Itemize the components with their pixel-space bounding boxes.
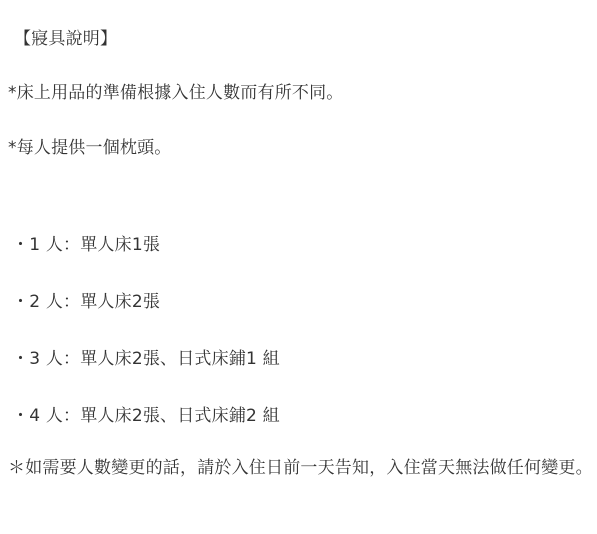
section-title: 【寢具說明】 [14, 24, 117, 49]
note-bedding-varies: *床上用品的準備根據入住人數而有所不同。 [8, 78, 344, 103]
list-item: ・1 人：單人床1張 [12, 230, 160, 255]
list-item: ・3 人：單人床2張、日式床鋪1 組 [12, 344, 280, 369]
change-policy-note: ＊如需要人數變更的話，請於入住日前一天告知，入住當天無法做任何變更。 [8, 454, 593, 482]
note-pillow-per-person: *每人提供一個枕頭。 [8, 133, 172, 158]
list-item: ・2 人：單人床2張 [12, 287, 160, 312]
list-item: ・4 人：單人床2張、日式床鋪2 組 [12, 401, 280, 426]
